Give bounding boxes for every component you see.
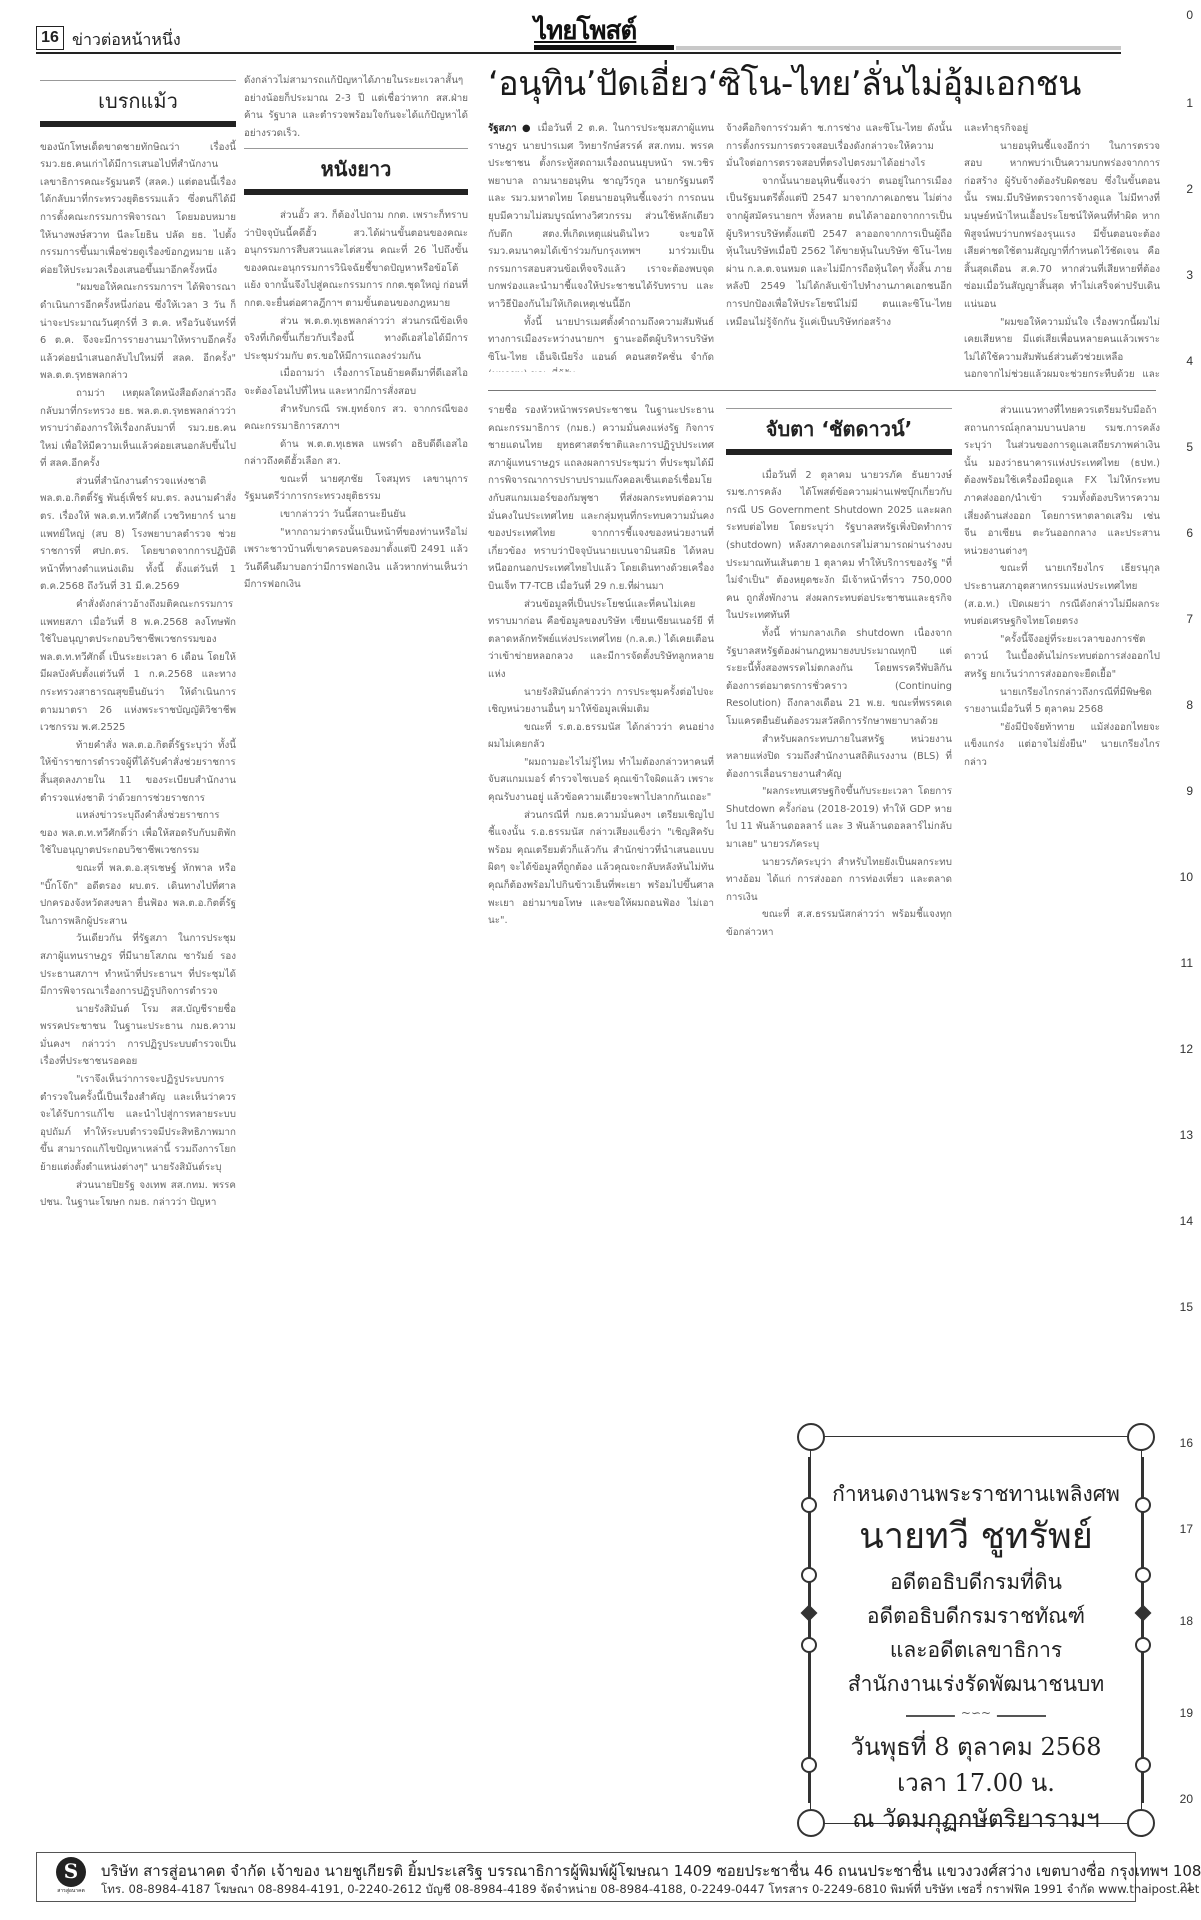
column-1-break-maew: เบรกแม้ว ของนักโทษเด็ดขาดชายทักษิณว่า เร… (40, 74, 236, 1846)
column-heading: หนังยาว (244, 161, 468, 179)
row-marker: 12 (1180, 1042, 1193, 1056)
column-heading: จับตา ‘ชัตดาวน์’ (726, 421, 952, 439)
column-heading-block: หนังยาว (244, 148, 468, 195)
notice-date: วันพุธที่ 8 ตุลาคม 2568 (811, 1729, 1141, 1765)
imprint-line-1: บริษัท สารสู่อนาคต จำกัด เจ้าของ นายชูเก… (101, 1859, 1201, 1883)
paragraph: "ผมถามอะไรไม่รู้ไหม ทำไมต้องกล่าวหาคนที่… (488, 754, 714, 807)
lead-story-divider (488, 390, 1156, 391)
row-marker: 8 (1186, 698, 1193, 712)
column-2-nang-yao: ดังกล่าวไม่สามารถแก้ปัญหาได้ภายในระยะเวล… (244, 72, 468, 1846)
paragraph: ทั้งนี้ ท่ามกลางเกิด shutdown เนื่องจากร… (726, 625, 952, 731)
paragraph: แหล่งข่าวระบุถึงคำสั่งช่วยราชการของ พล.ต… (40, 807, 236, 860)
row-marker: 7 (1186, 612, 1193, 626)
row-marker: 19 (1180, 1706, 1193, 1720)
column-heading: เบรกแม้ว (40, 93, 236, 111)
paragraph: นายเกรียงไกรกล่าวถึงกรณีที่มีพิษชิดรายงา… (964, 684, 1160, 719)
paragraph: เขากล่าวว่า วันนี้สถานะยืนยัน (244, 506, 468, 524)
heading-rule-top (726, 408, 952, 409)
publisher-logo-icon (56, 1857, 86, 1887)
paragraph: ขณะที่ พล.ต.อ.สุรเชษฐ์ หักพาล หรือ "บิ๊ก… (40, 860, 236, 930)
paragraph: จ้างคือกิจการร่วมค้า ช.การช่าง และซิโน-ไ… (726, 120, 952, 173)
page-number: 16 (36, 26, 64, 50)
paragraph: ดังกล่าวไม่สามารถแก้ปัญหาได้ภายในระยะเวล… (244, 72, 468, 142)
paragraph: ส่วน พ.ต.ต.ทุเธพลกล่าวว่า ส่วนกรณีข้อเท็… (244, 313, 468, 366)
paragraph: รัฐสภา ● เมื่อวันที่ 2 ต.ค. ในการประชุมส… (488, 120, 714, 314)
header-rule (36, 52, 1121, 54)
flourish-divider-icon (906, 1715, 1046, 1717)
paragraph: "ผลกระทบเศรษฐกิจขึ้นกับระยะเวลา โดยการ S… (726, 783, 952, 853)
paragraph: "หากถามว่าตรงนั้นเป็นหน้าที่ของท่านหรือไ… (244, 524, 468, 594)
corner-flourish-icon (1127, 1423, 1155, 1451)
paragraph: ส่วนข้อมูลที่เป็นประโยชน์และที่คนไม่เคยท… (488, 596, 714, 684)
funeral-notice: กำหนดงานพระราชทานเพลิงศพ นายทวี ชูทรัพย์… (810, 1436, 1142, 1824)
notice-role: อดีตอธิบดีกรมราชทัณฑ์ (811, 1599, 1141, 1633)
paragraph: ส่วนแนวทางที่ไทยควรเตรียมรับมือถ้าสถานกา… (964, 402, 1160, 560)
lead-story-column-1: รัฐสภา ● เมื่อวันที่ 2 ต.ค. ในการประชุมส… (488, 120, 714, 372)
paragraph: ขณะที่ ส.ส.ธรรมนัสกล่าวว่า พร้อมชี้แจงทุ… (726, 906, 952, 941)
corner-flourish-icon (797, 1423, 825, 1451)
paragraph: จากนั้นนายอนุทินชี้แจงว่า ตนอยู่ในการเมื… (726, 173, 952, 331)
heading-rule-bottom (244, 189, 468, 195)
dateline: รัฐสภา ● (488, 123, 533, 134)
paragraph: สำหรับผลกระทบภายในสหรัฐ หน่วยงานหลายแห่ง… (726, 731, 952, 784)
heading-rule-bottom (726, 449, 952, 455)
lead-story-column-2: จ้างคือกิจการร่วมค้า ช.การช่าง และซิโน-ไ… (726, 120, 952, 372)
column-heading-block: จับตา ‘ชัตดาวน์’ (726, 408, 952, 455)
row-marker: 6 (1186, 526, 1193, 540)
paragraph: ส่วนที่สำนักงานตำรวจแห่งชาติ พล.ต.อ.กิตต… (40, 473, 236, 596)
heading-rule-top (40, 80, 236, 81)
paragraph: ส่วนกรณีที่ กมธ.ความมั่นคงฯ เตรียมเชิญไป… (488, 807, 714, 930)
row-marker: 17 (1180, 1522, 1193, 1536)
page-header: 16 ข่าวต่อหน้าหนึ่ง ไทยโพสต์ (36, 26, 1121, 54)
paragraph: ขณะที่ นายศุภชัย โจสมุทร เลขานุการรัฐมนต… (244, 471, 468, 506)
paragraph: ท้ายคำสั่ง พล.ต.อ.กิตติ์รัฐระบุว่า ทั้งน… (40, 737, 236, 807)
row-marker: 16 (1180, 1436, 1193, 1450)
row-marker: 10 (1180, 870, 1193, 884)
notice-content: กำหนดงานพระราชทานเพลิงศพ นายทวี ชูทรัพย์… (811, 1477, 1141, 1837)
notice-title: กำหนดงานพระราชทานเพลิงศพ (811, 1477, 1141, 1511)
paragraph-text: เมื่อวันที่ 2 ต.ค. ในการประชุมสภาผู้แทนร… (488, 123, 714, 310)
paragraph: ของนักโทษเด็ดขาดชายทักษิณว่า เรื่องนี้ ร… (40, 139, 236, 280)
row-marker: 20 (1180, 1792, 1193, 1806)
imprint-line-2: โทร. 08-8984-4187 โฆษณา 08-8984-4191, 0-… (101, 1881, 1199, 1899)
row-marker: 11 (1181, 956, 1193, 970)
paragraph: วันเดียวกัน ที่รัฐสภา ในการประชุมสภาผู้แ… (40, 930, 236, 1000)
heading-rule-top (244, 148, 468, 149)
paragraph: นายรังสิมันต์กล่าวว่า การประชุมครั้งต่อไ… (488, 684, 714, 719)
row-marker: 5 (1186, 440, 1193, 454)
paragraph: ส่วนนายปิยรัฐ จงเทพ สส.กทม. พรรค ปชน. ใน… (40, 1177, 236, 1212)
paragraph: และทำธุรกิจอยู่ (964, 120, 1160, 138)
row-marker: 18 (1180, 1614, 1193, 1628)
notice-time: เวลา 17.00 น. (811, 1765, 1141, 1801)
deceased-name: นายทวี ชูทรัพย์ (811, 1513, 1141, 1561)
paragraph: สำหรับกรณี รพ.ยุทธ์จกร สว. จากกรณีของคณะ… (244, 401, 468, 436)
row-marker: 1 (1186, 96, 1193, 110)
paragraph: "ครั้งนี้จึงอยู่ที่ระยะเวลาของการชัตดาวน… (964, 631, 1160, 684)
column-6-shutdown-continued: ส่วนแนวทางที่ไทยควรเตรียมรับมือถ้าสถานกา… (964, 402, 1160, 1432)
notice-role: และอดีตเลขาธิการ (811, 1633, 1141, 1667)
paragraph: "ผมขอให้คณะกรรมการฯ ได้พิจารณาดำเนินการอ… (40, 279, 236, 385)
row-marker: 9 (1186, 784, 1193, 798)
row-marker: 15 (1180, 1300, 1193, 1314)
paragraph: รายชื่อ รองหัวหน้าพรรคประชาชน ในฐานะประธ… (488, 402, 714, 596)
row-marker: 4 (1186, 354, 1193, 368)
paragraph: ทั้งนี้ นายปารเมศตั้งคำถามถึงความสัมพันธ… (488, 314, 714, 372)
heading-rule-bottom (40, 121, 236, 127)
lead-story-column-3: และทำธุรกิจอยู่ นายอนุทินชี้แจงอีกว่า ใน… (964, 120, 1160, 382)
column-heading-block: เบรกแม้ว (40, 80, 236, 127)
paragraph: ขณะที่ นายเกรียงไกร เธียรนุกุล ประธานสภา… (964, 560, 1160, 630)
paragraph: "เราจึงเห็นว่าการจะปฏิรูประบบการตำรวจในค… (40, 1071, 236, 1177)
column-5-shutdown: จับตา ‘ชัตดาวน์’ เมื่อวันที่ 2 ตุลาคม นา… (726, 402, 952, 1432)
publisher-imprint: สารสู่อนาคต บริษัท สารสู่อนาคต จำกัด เจ้… (36, 1852, 1136, 1902)
paragraph: เมื่อถามว่า เรื่องการโอนย้ายคดีมาที่ดีเอ… (244, 365, 468, 400)
paragraph: นายรังสิมันต์ โรม สส.บัญชีรายชื่อ พรรคปร… (40, 1001, 236, 1071)
paragraph: ขณะที่ ร.ต.อ.ธรรมนัส ได้กล่าวว่า คนอย่าง… (488, 719, 714, 754)
row-marker: 14 (1180, 1214, 1193, 1228)
paragraph: นายอนุทินชี้แจงอีกว่า ในการตรวจสอบ หากพบ… (964, 138, 1160, 314)
paragraph: เมื่อวันที่ 2 ตุลาคม นายวรภัค ธันยาวงษ์ … (726, 467, 952, 625)
row-marker: 13 (1180, 1128, 1193, 1142)
row-marker: 2 (1186, 182, 1193, 196)
header-grey-rule (676, 46, 1121, 50)
paragraph: ด้าน พ.ต.ต.ทุเธพล แพรดำ อธิบดีดีเอสไอ กล… (244, 436, 468, 471)
paragraph: นายวรภัคระบุว่า สำหรับไทยยังเป็นผลกระทบท… (726, 854, 952, 907)
paragraph: คำสั่งดังกล่าวอ้างถึงมติคณะกรรมการแพทยสภ… (40, 596, 236, 737)
paragraph: ถามว่า เหตุผลใดหนังสือดังกล่าวถึงกลับมาท… (40, 385, 236, 473)
row-marker: 3 (1186, 268, 1193, 282)
paragraph: "ผมขอให้ความมั่นใจ เรื่องพวกนี้ผมไม่เคยเ… (964, 314, 1160, 382)
publisher-logo: สารสู่อนาคต (53, 1857, 89, 1897)
paragraph: "ยังมีปัจจัยท้าทาย แม้ส่งออกไทยจะแข็งแกร… (964, 719, 1160, 772)
paragraph: ส่วนอั้ว สว. ก็ต้องไปถาม กกต. เพราะก็ทรา… (244, 207, 468, 313)
notice-role: อดีตอธิบดีกรมที่ดิน (811, 1565, 1141, 1599)
section-name: ข่าวต่อหน้าหนึ่ง (72, 28, 181, 53)
notice-role: สำนักงานเร่งรัดพัฒนาชนบท (811, 1667, 1141, 1701)
column-4-security-committee: รายชื่อ รองหัวหน้าพรรคประชาชน ในฐานะประธ… (488, 402, 714, 1846)
row-marker: 0 (1186, 8, 1193, 22)
masthead-logo: ไทยโพสต์ (534, 18, 674, 50)
masthead-title: ไทยโพสต์ (534, 18, 674, 44)
publisher-logo-caption: สารสู่อนาคต (53, 1887, 89, 1895)
notice-place: ณ วัดมกุฏกษัตริยารามฯ (811, 1801, 1141, 1837)
